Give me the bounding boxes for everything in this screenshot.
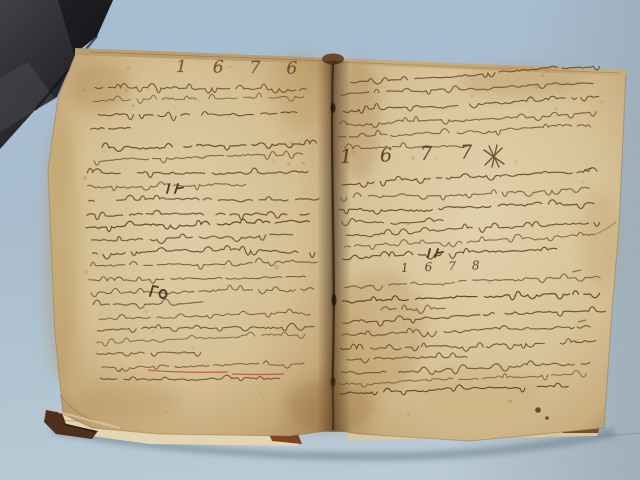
photo-scene: 1676 1677 1678 [0,0,640,480]
year-heading-1676: 1676 [176,57,324,79]
